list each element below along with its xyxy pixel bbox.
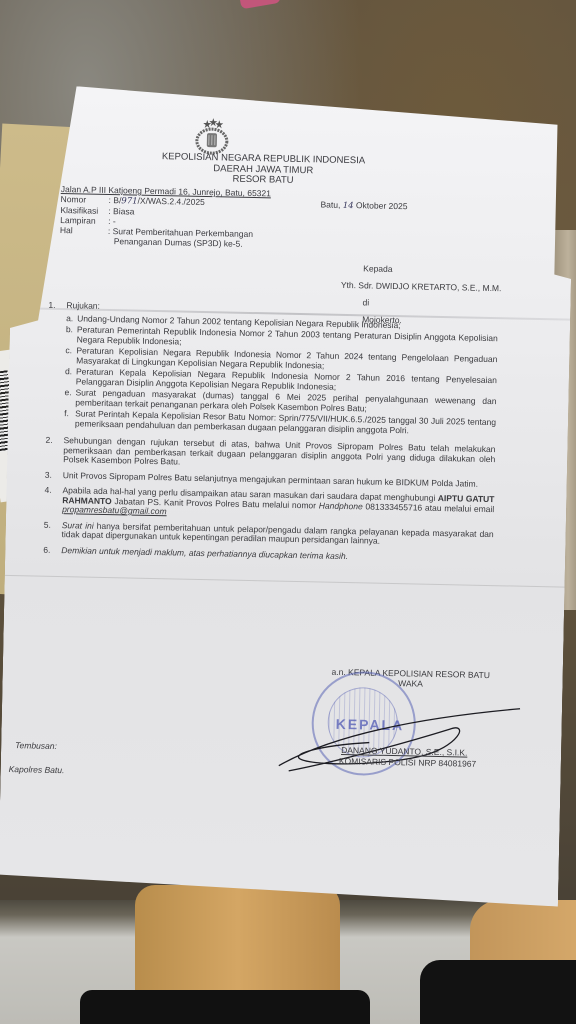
body-item-4: 4. Apabila ada hal-hal yang perlu disamp… xyxy=(44,486,494,524)
letter-document: KEPOLISIAN NEGARA REPUBLIK INDONESIA DAE… xyxy=(0,85,575,907)
email-prefix: atau melalui email xyxy=(422,502,494,514)
body-item-5: 5. Surat ini hanya bersifat pemberitahua… xyxy=(43,520,493,548)
hal-label: Hal xyxy=(60,225,108,246)
letterhead: KEPOLISIAN NEGARA REPUBLIK INDONESIA DAE… xyxy=(103,151,424,189)
lampiran-value: : - xyxy=(108,216,116,226)
date-month-year: Oktober 2025 xyxy=(356,200,408,211)
letter-body: 1. Rujukan: a.Undang-Undang Nomor 2 Tahu… xyxy=(43,301,498,570)
police-crest-icon xyxy=(192,117,233,156)
letter-meta: Nomor : B/971/X/WAS.2.4./2025 Klasifikas… xyxy=(60,194,254,249)
letter-date: Batu, 14 Oktober 2025 xyxy=(320,199,407,212)
item-number: 4. xyxy=(44,486,63,515)
contact-phone: 081333455716 xyxy=(363,501,423,512)
item-number: 6. xyxy=(43,545,61,555)
body-item-6: 6. Demikian untuk menjadi maklum, atas p… xyxy=(43,545,493,564)
item-text: Demikian untuk menjadi maklum, atas perh… xyxy=(61,546,493,565)
tembusan-block: Tembusan: Kapolres Batu. xyxy=(8,733,65,782)
nomor-handwritten: 971 xyxy=(121,196,137,206)
date-day-handwritten: 14 xyxy=(343,201,354,211)
tembusan-recipient: Kapolres Batu. xyxy=(8,757,64,782)
nomor-prefix: : B/ xyxy=(109,195,122,205)
item-text: Apabila ada hal-hal yang perlu disampaik… xyxy=(62,486,495,524)
sub-letter: c. xyxy=(65,346,76,365)
item-text: Surat ini hanya bersifat pemberitahuan u… xyxy=(61,521,493,549)
date-place: Batu, xyxy=(320,199,340,209)
handphone-label: Handphone xyxy=(319,500,363,511)
body-item-1: 1. Rujukan: a.Undang-Undang Nomor 2 Tahu… xyxy=(46,301,499,439)
item-number: 5. xyxy=(43,520,61,539)
clothing-left xyxy=(80,990,370,1024)
clothing-right xyxy=(420,960,576,1024)
sub-letter: d. xyxy=(65,367,76,386)
sub-letter: f. xyxy=(64,409,75,428)
klasifikasi-value: : Biasa xyxy=(108,206,134,217)
hal-value: : Surat Pemberitahuan Perkembangan Penan… xyxy=(108,226,253,249)
sub-letter: b. xyxy=(66,325,77,344)
item-number: 2. xyxy=(45,436,64,465)
item-body-text: hanya bersifat pemberitahuan untuk pelap… xyxy=(62,520,494,545)
item-text: Sehubungan dengan rujukan tersebut di at… xyxy=(63,436,496,474)
sub-letter: e. xyxy=(64,388,75,407)
signature-scribble-icon xyxy=(269,695,531,780)
body-item-2: 2. Sehubungan dengan rujukan tersebut di… xyxy=(45,436,495,474)
contact-email-link[interactable]: propamresbatu@gmail.com xyxy=(62,504,167,516)
nomor-suffix: /X/WAS.2.4./2025 xyxy=(138,196,205,207)
sub-letter: a. xyxy=(66,314,77,324)
fold-crease xyxy=(5,575,565,588)
hal-line-2: Penanganan Dumas (SP3D) ke-5. xyxy=(108,236,253,249)
tembusan-label: Tembusan: xyxy=(9,733,65,758)
signature-block: KEPALA a.n. KEPALA KEPOLISIAN RESOR BATU… xyxy=(300,666,520,691)
item-number: 3. xyxy=(45,470,63,480)
